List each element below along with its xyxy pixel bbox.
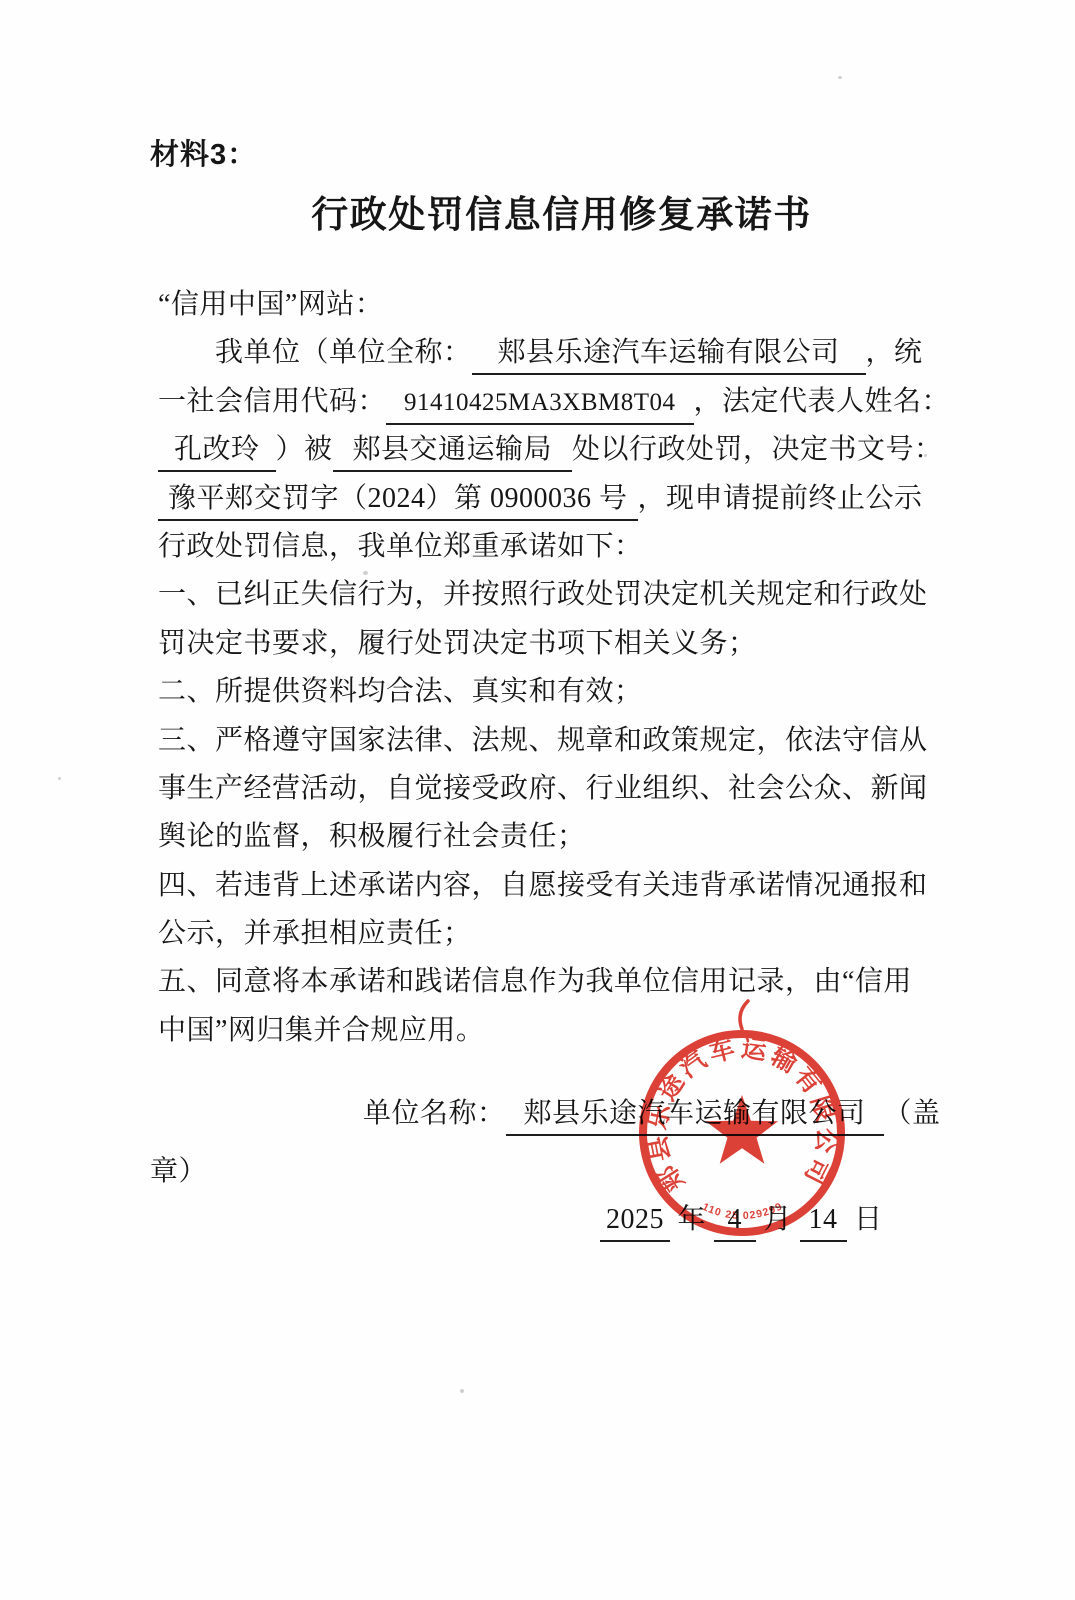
scan-speck (363, 571, 368, 575)
stray-ink-arc (740, 1001, 748, 1029)
material-label: 材料3： (150, 132, 257, 173)
scan-speck (58, 777, 61, 780)
date-day-unit: 日 (847, 1204, 883, 1235)
filled-in-field: 郏县乐途汽车运输有限公司 (472, 333, 866, 375)
text-line: 舆论的监督，积极履行社会责任； (158, 813, 958, 861)
text-segment: 处以行政处罚，决定书文号： (572, 434, 943, 465)
text-segment: ，法定代表人姓名： (694, 386, 951, 417)
text-line: 我单位（单位全称：郏县乐途汽车运输有限公司，统 (158, 329, 958, 377)
seal-star-icon (706, 1095, 778, 1164)
scan-speck (460, 1389, 464, 1393)
text-segment: 舆论的监督，积极履行社会责任； (158, 821, 586, 852)
text-line: 事生产经营活动，自觉接受政府、行业组织、社会公众、新闻 (158, 765, 958, 813)
text-line: 行政处罚信息，我单位郑重承诺如下： (158, 523, 958, 571)
text-segment: ，现申请提前终止公示 (638, 483, 923, 514)
text-segment: 罚决定书要求，履行处罚决定书项下相关义务； (158, 628, 757, 659)
text-line: 四、若违背上述承诺内容，自愿接受有关违背承诺情况通报和 (158, 862, 958, 910)
document-page: 材料3： 行政处罚信息信用修复承诺书 “信用中国”网站：我单位（单位全称：郏县乐… (0, 0, 1075, 1600)
text-line: 豫平郏交罚字（2024）第 0900036 号，现申请提前终止公示 (158, 475, 958, 523)
body-lines: “信用中国”网站：我单位（单位全称：郏县乐途汽车运输有限公司，统一社会信用代码：… (158, 281, 958, 1055)
text-segment: “信用中国”网站： (158, 289, 383, 320)
filled-in-field: 豫平郏交罚字（2024）第 0900036 号 (158, 479, 638, 521)
stamp-note: 章） (150, 1148, 207, 1196)
text-line: 公示，并承担相应责任； (158, 910, 958, 958)
seal-code-text: 110 25 029299 (700, 1201, 784, 1222)
text-segment: ）被 (276, 434, 333, 465)
text-segment: 我单位（单位全称： (215, 337, 472, 368)
text-segment: 中国”网归集并合规应用。 (158, 1015, 484, 1046)
text-segment: 二、所提供资料均合法、真实和有效； (158, 676, 643, 707)
text-line: 孔改玲）被郏县交通运输局处以行政处罚，决定书文号： (158, 426, 958, 474)
text-segment: 三、严格遵守国家法律、法规、规章和政策规定，依法守信从 (158, 725, 928, 756)
document-title: 行政处罚信息信用修复承诺书 (0, 184, 1075, 238)
text-segment: 一、已纠正失信行为，并按照行政处罚决定机关规定和行政处 (158, 579, 928, 610)
signature-label: 单位名称： (363, 1098, 506, 1129)
text-line: 一、已纠正失信行为，并按照行政处罚决定机关规定和行政处 (158, 571, 958, 619)
text-line: 罚决定书要求，履行处罚决定书项下相关义务； (158, 620, 958, 668)
text-line: 二、所提供资料均合法、真实和有效； (158, 668, 958, 716)
text-segment: 行政处罚信息，我单位郑重承诺如下： (158, 531, 643, 562)
text-segment: ，统 (866, 337, 923, 368)
text-segment: 事生产经营活动，自觉接受政府、行业组织、社会公众、新闻 (158, 773, 928, 804)
company-seal-stamp: 郏县乐途汽车运输有限公司 110 25 029299 (636, 997, 848, 1242)
text-segment: 五、同意将本承诺和践诺信息作为我单位信用记录，由“信用 (158, 966, 912, 997)
filled-in-field: 孔改玲 (158, 430, 276, 472)
text-line: 三、严格遵守国家法律、法规、规章和政策规定，依法守信从 (158, 717, 958, 765)
signature-suffix: （盖 (884, 1098, 941, 1129)
filled-in-field: 郏县交通运输局 (333, 430, 573, 472)
text-line: “信用中国”网站： (158, 281, 958, 329)
text-line: 一社会信用代码：91410425MA3XBM8T04，法定代表人姓名： (158, 378, 958, 426)
scan-speck (838, 76, 842, 79)
text-segment: 四、若违背上述承诺内容，自愿接受有关违背承诺情况通报和 (158, 870, 928, 901)
filled-in-field: 91410425MA3XBM8T04 (386, 383, 694, 425)
text-segment: 公示，并承担相应责任； (158, 918, 472, 949)
scan-speck (924, 454, 927, 457)
text-segment: 一社会信用代码： (158, 386, 386, 417)
